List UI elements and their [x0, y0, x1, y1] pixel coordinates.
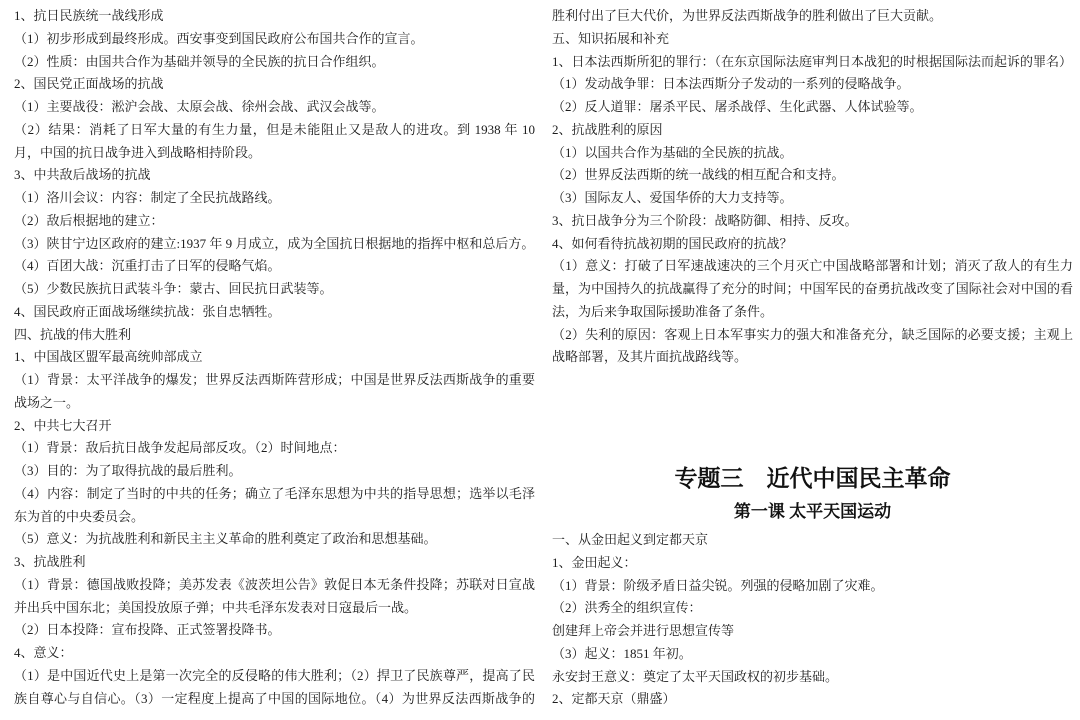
doc-paragraph: （1）背景：德国战败投降；美苏发表《波茨坦公告》敦促日本无条件投降；苏联对日宣战… [14, 574, 535, 620]
right-column: 胜利付出了巨大代价，为世界反法西斯战争的胜利做出了巨大贡献。 五、知识拓展和补充… [552, 5, 1073, 711]
doc-paragraph: （2）敌后根据地的建立： [14, 210, 535, 233]
doc-paragraph: 胜利付出了巨大代价，为世界反法西斯战争的胜利做出了巨大贡献。 [552, 5, 1073, 28]
doc-paragraph: 2、定都天京（鼎盛） [552, 688, 1073, 711]
doc-paragraph: 4、国民政府正面战场继续抗战：张自忠牺牲。 [14, 301, 535, 324]
doc-paragraph: （1）是中国近代史上是第一次完全的反侵略的伟大胜利；（2）捍卫了民族尊严，提高了… [14, 665, 535, 711]
doc-paragraph: 永安封王意义：奠定了太平天国政权的初步基础。 [552, 666, 1073, 689]
doc-paragraph: （3）目的：为了取得抗战的最后胜利。 [14, 460, 535, 483]
doc-paragraph: 四、抗战的伟大胜利 [14, 324, 535, 347]
lesson-title: 第一课 太平天国运动 [552, 496, 1073, 527]
doc-paragraph: （1）以国共合作为基础的全民族的抗战。 [552, 142, 1073, 165]
doc-paragraph: 4、意义： [14, 642, 535, 665]
doc-paragraph: 2、抗战胜利的原因 [552, 119, 1073, 142]
doc-paragraph: 2、国民党正面战场的抗战 [14, 73, 535, 96]
doc-paragraph: 4、如何看待抗战初期的国民政府的抗战？ [552, 233, 1073, 256]
doc-paragraph: （2）世界反法西斯的统一战线的相互配合和支持。 [552, 164, 1073, 187]
doc-paragraph: 3、中共敌后战场的抗战 [14, 164, 535, 187]
doc-paragraph: 创建拜上帝会并进行思想宣传等 [552, 620, 1073, 643]
doc-paragraph: 3、抗日战争分为三个阶段：战略防御、相持、反攻。 [552, 210, 1073, 233]
doc-paragraph: （3）陕甘宁边区政府的建立:1937 年 9 月成立，成为全国抗日根据地的指挥中… [14, 233, 535, 256]
doc-paragraph: （2）日本投降：宣布投降、正式签署投降书。 [14, 619, 535, 642]
doc-paragraph: （1）背景：太平洋战争的爆发；世界反法西斯阵营形成；中国是世界反法西斯战争的重要… [14, 369, 535, 415]
doc-paragraph: 3、抗战胜利 [14, 551, 535, 574]
doc-paragraph: （2）结果：消耗了日军大量的有生力量，但是未能阻止又是敌人的进攻。到 1938 … [14, 119, 535, 165]
doc-paragraph: 1、金田起义： [552, 552, 1073, 575]
doc-paragraph: （1）背景：敌后抗日战争发起局部反攻。（2）时间地点： [14, 437, 535, 460]
doc-paragraph: 2、中共七大召开 [14, 415, 535, 438]
doc-paragraph: （1）主要战役：淞沪会战、太原会战、徐州会战、武汉会战等。 [14, 96, 535, 119]
doc-paragraph: （2）性质：由国共合作为基础并领导的全民族的抗日合作组织。 [14, 51, 535, 74]
doc-paragraph: 五、知识拓展和补充 [552, 28, 1073, 51]
doc-paragraph: （1）发动战争罪：日本法西斯分子发动的一系列的侵略战争。 [552, 73, 1073, 96]
doc-paragraph: （4）内容：制定了当时的中共的任务；确立了毛泽东思想为中共的指导思想；选举以毛泽… [14, 483, 535, 529]
doc-paragraph: （2）洪秀全的组织宣传： [552, 597, 1073, 620]
blank-space [552, 369, 1073, 461]
doc-paragraph: （1）洛川会议：内容：制定了全民抗战路线。 [14, 187, 535, 210]
doc-paragraph: （1）背景：阶级矛盾日益尖锐。列强的侵略加剧了灾难。 [552, 575, 1073, 598]
doc-paragraph: 1、日本法西斯所犯的罪行：（在东京国际法庭审判日本战犯的时根据国际法而起诉的罪名… [552, 51, 1073, 74]
doc-paragraph: （2）失利的原因：客观上日本军事实力的强大和准备充分，缺乏国际的必要支援；主观上… [552, 324, 1073, 370]
doc-paragraph: （3）国际友人、爱国华侨的大力支持等。 [552, 187, 1073, 210]
doc-paragraph: 1、中国战区盟军最高统帅部成立 [14, 346, 535, 369]
document-page: 1、抗日民族统一战线形成 （1）初步形成到最终形成。西安事变到国民政府公布国共合… [0, 0, 1080, 720]
doc-paragraph: （1）初步形成到最终形成。西安事变到国民政府公布国共合作的宣言。 [14, 28, 535, 51]
section-title: 专题三 近代中国民主革命 [552, 461, 1073, 496]
doc-paragraph: 1、抗日民族统一战线形成 [14, 5, 535, 28]
doc-paragraph: （5）意义：为抗战胜利和新民主主义革命的胜利奠定了政治和思想基础。 [14, 528, 535, 551]
left-column: 1、抗日民族统一战线形成 （1）初步形成到最终形成。西安事变到国民政府公布国共合… [14, 5, 535, 710]
doc-paragraph: （1）意义：打破了日军速战速决的三个月灭亡中国战略部署和计划；消灭了敌人的有生力… [552, 255, 1073, 323]
doc-paragraph: （5）少数民族抗日武装斗争：蒙古、回民抗日武装等。 [14, 278, 535, 301]
doc-paragraph: （4）百团大战：沉重打击了日军的侵略气焰。 [14, 255, 535, 278]
doc-paragraph: （3）起义：1851 年初。 [552, 643, 1073, 666]
doc-paragraph: （2）反人道罪：屠杀平民、屠杀战俘、生化武器、人体试验等。 [552, 96, 1073, 119]
doc-paragraph: 一、从金田起义到定都天京 [552, 529, 1073, 552]
